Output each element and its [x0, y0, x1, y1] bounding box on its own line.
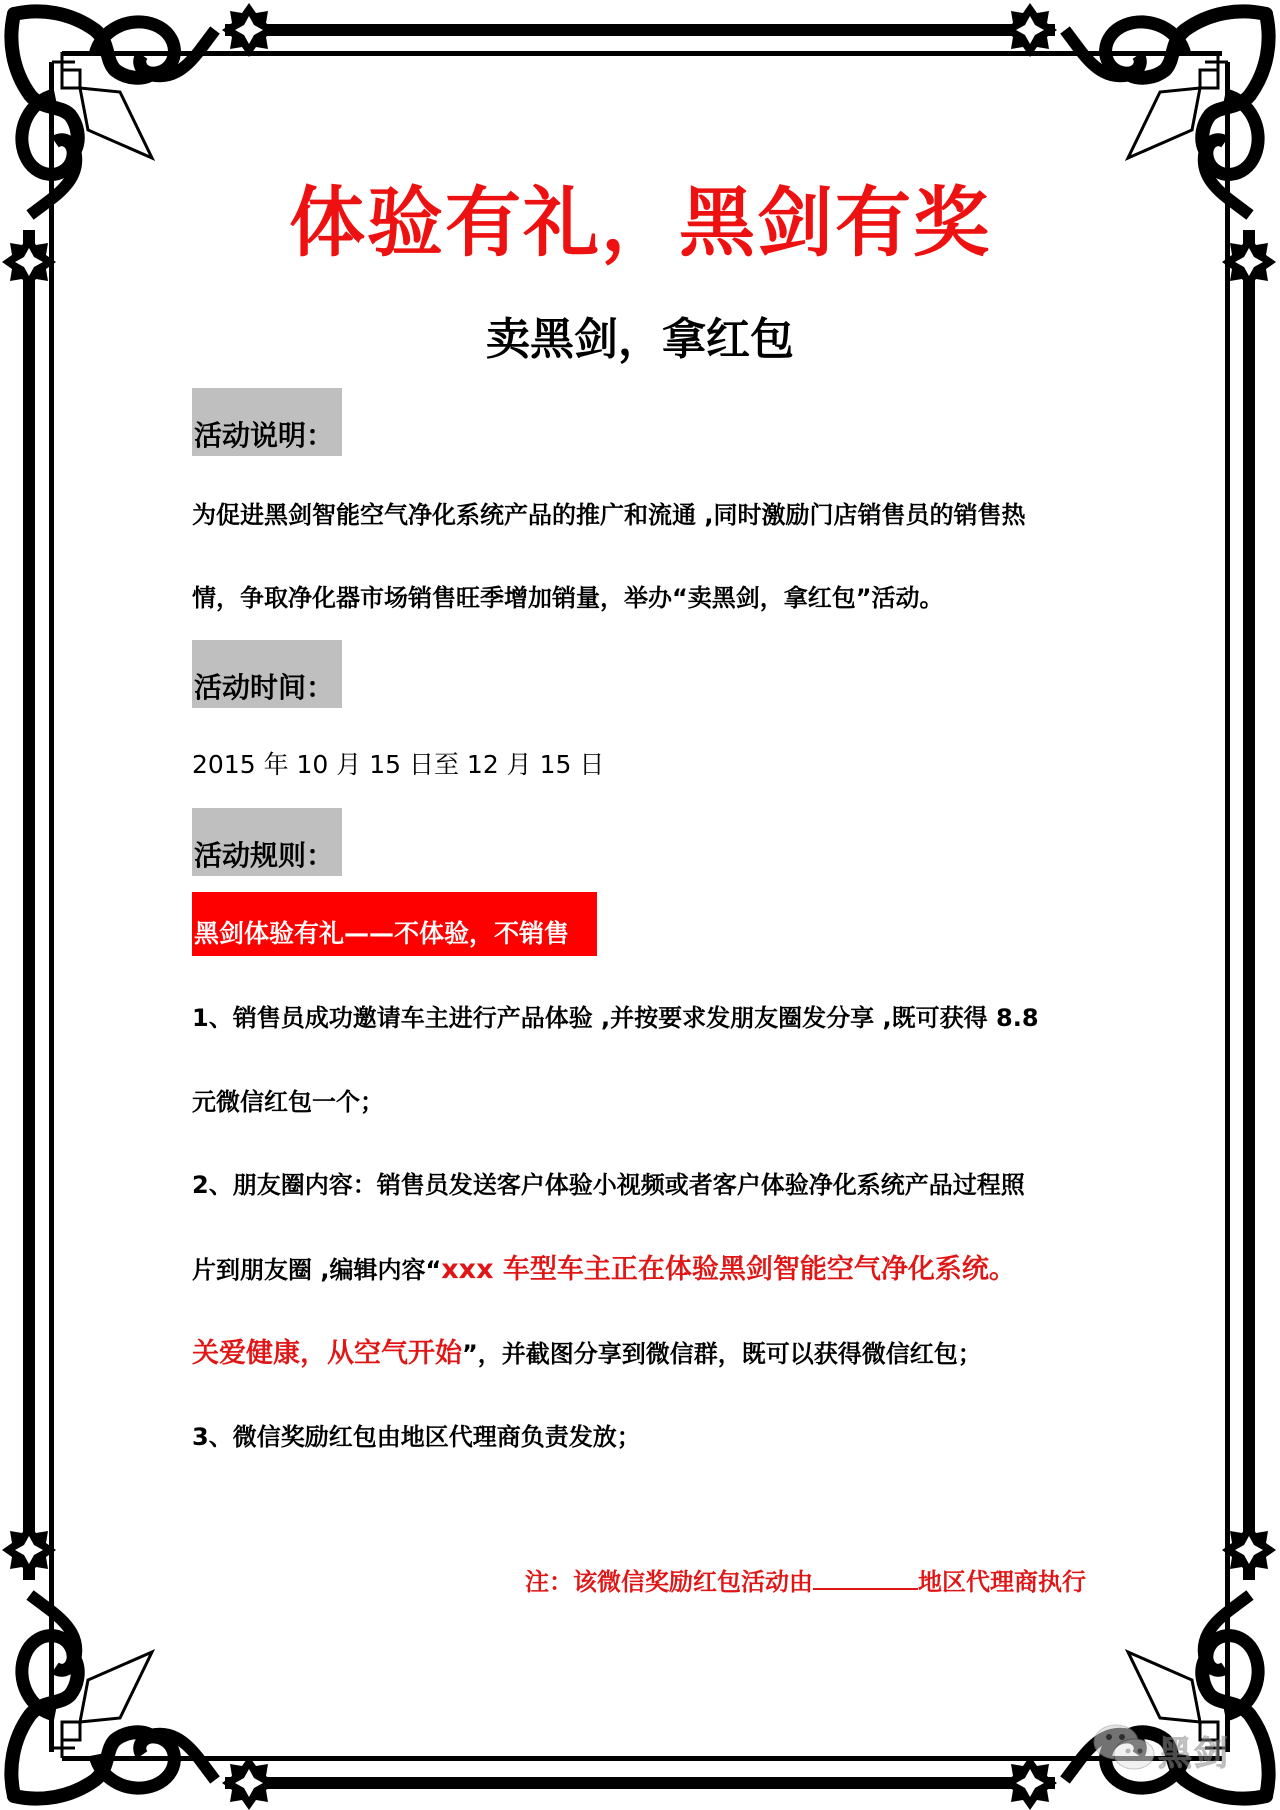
description-line-1: 为促进黑剑智能空气净化系统产品的推广和流通 ,同时激励门店销售员的销售热	[192, 500, 1092, 530]
section-label-time: 活动时间：	[192, 640, 342, 708]
rule-3: 3、微信奖励红包由地区代理商负责发放；	[192, 1422, 1092, 1452]
rule-1-line-2: 元微信红包一个；	[192, 1087, 1092, 1117]
rule-2-line-3-suffix: ”，并截图分享到微信群，既可以获得微信红包；	[462, 1340, 982, 1368]
rule-2-line-2: 片到朋友圈 ,编辑内容“xxx 车型车主正在体验黑剑智能空气净化系统。	[192, 1255, 1092, 1285]
note-prefix: 注：该微信奖励红包活动由	[525, 1568, 813, 1596]
page-title: 体验有礼，黑剑有奖	[0, 178, 1280, 268]
note-blank-line	[813, 1566, 918, 1590]
watermark: 黑剑	[1090, 1720, 1250, 1780]
rule-2-line-2-prefix: 片到朋友圈 ,编辑内容“	[192, 1256, 441, 1284]
rules-banner: 黑剑体验有礼——不体验，不销售	[192, 892, 597, 956]
description-line-2: 情，争取净化器市场销售旺季增加销量，举办“卖黑剑，拿红包”活动。	[192, 583, 1092, 613]
wechat-icon	[1090, 1720, 1160, 1776]
section-label-description: 活动说明：	[192, 388, 342, 456]
footer-note: 注：该微信奖励红包活动由地区代理商执行	[525, 1566, 1086, 1597]
rule-1-line-1: 1、销售员成功邀请车主进行产品体验 ,并按要求发朋友圈发分享 ,既可获得 8.8	[192, 1003, 1092, 1033]
rule-2-quoted-text-red: xxx 车型车主正在体验黑剑智能空气净化系统。	[441, 1254, 1016, 1285]
activity-period: 2015 年 10 月 15 日至 12 月 15 日	[192, 750, 1092, 780]
page-subtitle: 卖黑剑，拿红包	[0, 310, 1280, 370]
section-label-rules: 活动规则：	[192, 808, 342, 876]
watermark-text: 黑剑	[1158, 1726, 1230, 1775]
note-suffix: 地区代理商执行	[918, 1568, 1086, 1596]
rule-2-line-3: 关爱健康，从空气开始”，并截图分享到微信群，既可以获得微信红包；	[192, 1339, 1092, 1369]
rule-2-line-1: 2、朋友圈内容：销售员发送客户体验小视频或者客户体验净化系统产品过程照	[192, 1170, 1092, 1200]
rule-2-slogan-red: 关爱健康，从空气开始	[192, 1338, 462, 1369]
